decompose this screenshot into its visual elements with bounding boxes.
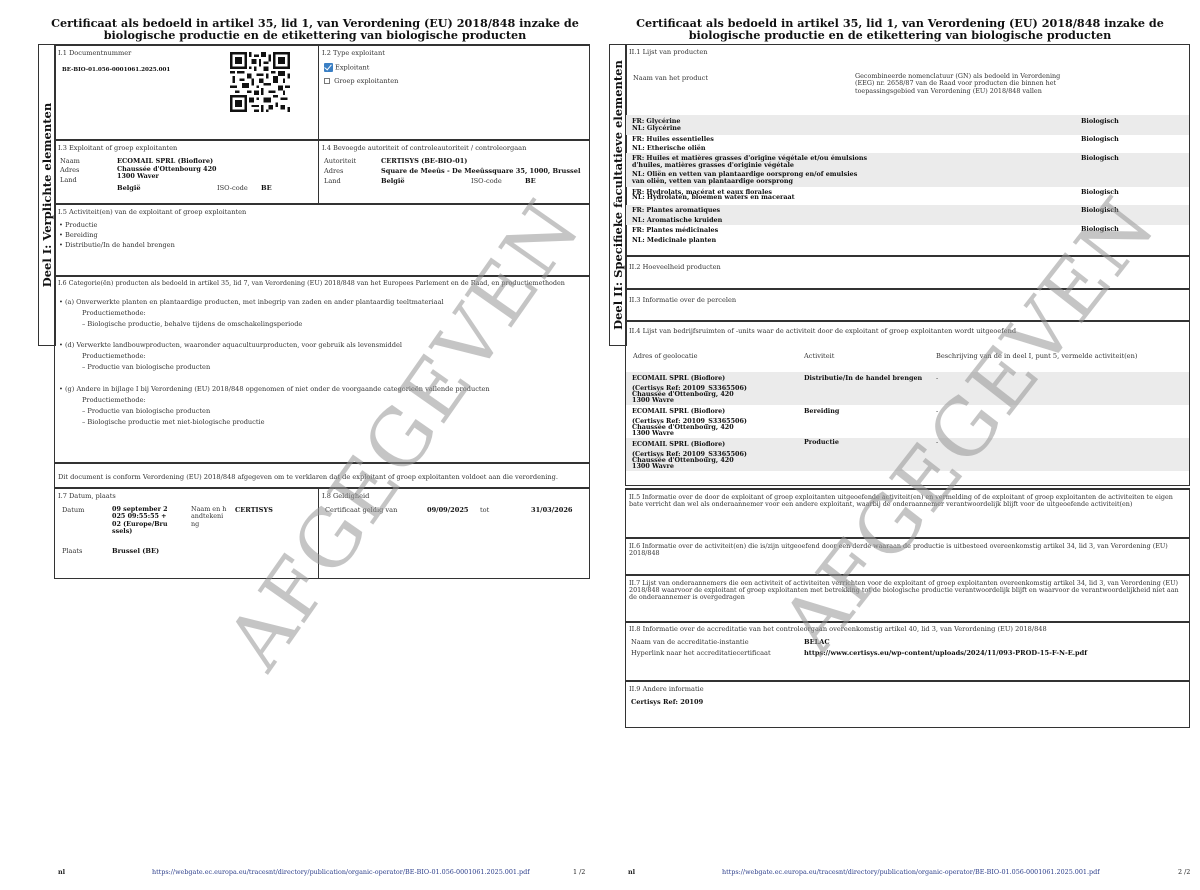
product-status: Biologisch — [1081, 136, 1119, 143]
field-label: I.5 Activiteit(en) van de exploitant of … — [58, 208, 246, 216]
label-naam: Naam — [60, 157, 80, 165]
field-document-number: I.1 Documentnummer BE-BIO-01.056-0001061… — [54, 44, 319, 140]
premises-description: - — [936, 375, 938, 382]
label-datum: Datum — [62, 506, 84, 514]
footer-language: nl — [628, 868, 635, 876]
certificate-page-2: Certificaat als bedoeld in artikel 35, l… — [600, 0, 1200, 890]
premises-row: ECOMAIL SPRL (Bioflore) (Certisys Ref: 2… — [626, 438, 1189, 471]
field-label: II.1 Lijst van producten — [629, 48, 708, 56]
field-label: II.6 Informatie over de activiteit(en) d… — [629, 543, 1184, 557]
activity-item: • Productie — [59, 221, 97, 229]
field-outsourced-activities: II.6 Informatie over de activiteit(en) d… — [625, 537, 1190, 575]
certificate-page-1: Certificaat als bedoeld in artikel 35, l… — [0, 0, 600, 890]
method-label: Productiemethode: — [82, 309, 146, 317]
category-item: • (a) Onverwerkte planten en plantaardig… — [59, 298, 444, 306]
field-operator: I.3 Exploitant of groep exploitanten Naa… — [54, 139, 319, 204]
label-accreditation-link: Hyperlink naar het accreditatiecertifica… — [631, 649, 771, 657]
premises-description: - — [936, 439, 938, 446]
accreditation-link[interactable]: https://www.certisys.eu/wp-content/uploa… — [804, 649, 1087, 657]
activity-item: • Bereiding — [59, 231, 98, 239]
field-product-list: II.1 Lijst van producten Naam van het pr… — [625, 44, 1190, 256]
operator-name: ECOMAIL SPRL (Bioflore) — [117, 157, 213, 165]
method-item: – Biologische productie, behalve tijdens… — [82, 320, 302, 328]
checkbox-exploitant[interactable]: Exploitant — [324, 63, 369, 72]
column-header-cn: Gecombineerde nomenclatuur (GN) als bedo… — [855, 73, 1065, 95]
product-nl: NL: Aromatische kruiden — [632, 217, 722, 224]
premises-activity: Bereiding — [804, 408, 839, 415]
field-competent-authority: I.4 Bevoegde autoriteit of controleautor… — [318, 139, 590, 204]
field-label: II.2 Hoeveelheid producten — [629, 263, 721, 271]
premises-activity: Distributie/In de handel brengen — [804, 375, 922, 382]
label-to: tot — [480, 506, 489, 514]
field-operator-type: I.2 Type exploitant Exploitant Groep exp… — [318, 44, 590, 140]
product-row: FR: Glycérine NL: Glycérine Biologisch — [626, 115, 1189, 135]
valid-to: 31/03/2026 — [531, 506, 573, 514]
label-plaats: Plaats — [62, 547, 82, 555]
document-title: Certificaat als bedoeld in artikel 35, l… — [40, 17, 590, 41]
premises-city: 1300 Wavre — [632, 430, 674, 436]
field-label: I.4 Bevoegde autoriteit of controleautor… — [322, 144, 526, 152]
field-label: II.3 Informatie over de percelen — [629, 296, 736, 304]
label-accreditation-body: Naam van de accreditatie-instantie — [631, 638, 749, 646]
product-fr: FR: Plantes médicinales — [632, 227, 718, 234]
label-land: Land — [60, 176, 77, 184]
product-status: Biologisch — [1081, 155, 1119, 162]
field-label: I.6 Categorie(ën) producten als bedoeld … — [58, 280, 578, 287]
category-item: • (g) Andere in bijlage I bij Verordenin… — [59, 385, 490, 393]
field-subcontractors: II.7 Lijst van onderaannemers die een ac… — [625, 574, 1190, 622]
premises-name: ECOMAIL SPRL (Bioflore) — [632, 375, 725, 382]
field-premises-list: II.4 Lijst van bedrijfsruimten of -units… — [625, 320, 1190, 486]
checkbox-label: Exploitant — [335, 64, 369, 72]
product-row: FR: Plantes aromatiques NL: Aromatische … — [626, 205, 1189, 225]
conformity-statement: Dit document is conform Verordening (EU)… — [54, 462, 590, 488]
operator-country: België — [117, 184, 141, 192]
checkbox-unchecked-icon — [324, 78, 330, 84]
premises-city: 1300 Wavre — [632, 463, 674, 469]
method-item: – Productie van biologische producten — [82, 363, 210, 371]
field-product-categories: I.6 Categorie(ën) producten als bedoeld … — [54, 275, 590, 463]
product-status: Biologisch — [1081, 207, 1119, 214]
premises-name: ECOMAIL SPRL (Bioflore) — [632, 408, 725, 415]
footer-url-link[interactable]: https://webgate.ec.europa.eu/tracesnt/di… — [722, 868, 1100, 876]
product-row: FR: Plantes médicinales NL: Medicinale p… — [626, 225, 1189, 245]
field-parcels: II.3 Informatie over de percelen — [625, 288, 1190, 321]
product-fr: FR: Huiles et matières grasses d'origine… — [632, 155, 872, 170]
label-adres: Adres — [60, 166, 79, 174]
operator-address-line2: 1300 Waver — [117, 173, 159, 180]
checkbox-groep-exploitanten[interactable]: Groep exploitanten — [324, 77, 398, 85]
field-validity: I.8 Geldigheid Certificaat geldig van 09… — [318, 487, 590, 579]
footer-url-link[interactable]: https://webgate.ec.europa.eu/tracesnt/di… — [152, 868, 530, 876]
product-row: FR: Huiles et matières grasses d'origine… — [626, 153, 1189, 187]
product-nl: NL: Etherische oliën — [632, 145, 706, 152]
label-adres: Adres — [324, 167, 343, 175]
product-nl: NL: Glycérine — [632, 125, 681, 132]
label-autoriteit: Autoriteit — [324, 157, 356, 165]
label-iso: ISO-code — [471, 177, 502, 185]
column-header-description: Beschrijving van de in deel I, punt 5, v… — [936, 352, 1137, 360]
field-label: I.2 Type exploitant — [322, 49, 385, 57]
authority-name: CERTISYS (BE-BIO-01) — [381, 157, 467, 165]
authority-address: Square de Meeûs - De Meeûssquare 35, 100… — [381, 167, 580, 175]
product-status: Biologisch — [1081, 189, 1119, 196]
field-label: II.7 Lijst van onderaannemers die een ac… — [629, 580, 1184, 600]
field-product-quantity: II.2 Hoeveelheid producten — [625, 255, 1190, 289]
product-nl: NL: Oliën en vetten van plantaardige oor… — [632, 171, 872, 184]
premises-city: 1300 Wavre — [632, 397, 674, 403]
authority-iso: BE — [525, 177, 536, 185]
method-label: Productiemethode: — [82, 352, 146, 360]
valid-from: 09/09/2025 — [427, 506, 469, 514]
column-header-product: Naam van het product — [633, 74, 708, 82]
label-valid-from: Certificaat geldig van — [325, 506, 397, 514]
premises-name: ECOMAIL SPRL (Bioflore) — [632, 441, 725, 448]
premises-description: - — [936, 408, 938, 415]
document-title: Certificaat als bedoeld in artikel 35, l… — [610, 17, 1190, 41]
label-land: Land — [324, 177, 341, 185]
product-row: FR: Hydrolats, macérat et eaux florales … — [626, 187, 1189, 205]
section-label-text: Deel I: Verplichte elementen — [40, 103, 54, 287]
authority-country: België — [381, 177, 405, 185]
page-number: 2 /2 — [1178, 868, 1190, 876]
method-item: – Biologische productie met niet-biologi… — [82, 418, 265, 426]
field-label: II.8 Informatie over de accreditatie van… — [629, 625, 1047, 633]
accreditation-body: BELAC — [804, 638, 830, 646]
method-label: Productiemethode: — [82, 396, 146, 404]
field-label: II.9 Andere informatie — [629, 685, 704, 693]
activity-item: • Distributie/In de handel brengen — [59, 241, 175, 249]
column-header-activity: Activiteit — [804, 352, 834, 360]
other-info-value: Certisys Ref: 20109 — [631, 698, 703, 706]
checkbox-checked-icon — [324, 63, 333, 72]
signature-name: CERTISYS — [235, 506, 273, 514]
premises-row: ECOMAIL SPRL (Bioflore) (Certisys Ref: 2… — [626, 372, 1189, 405]
label-signature: Naam en handtekening — [191, 506, 227, 528]
premises-row: ECOMAIL SPRL (Bioflore) (Certisys Ref: 2… — [626, 405, 1189, 438]
field-date-place: I.7 Datum, plaats Datum 09 september 202… — [54, 487, 319, 579]
qr-code-icon — [230, 52, 290, 112]
product-status: Biologisch — [1081, 118, 1119, 125]
checkbox-label: Groep exploitanten — [334, 77, 398, 85]
issue-place: Brussel (BE) — [112, 547, 159, 555]
method-item: – Productie van biologische producten — [82, 407, 210, 415]
premises-activity: Productie — [804, 439, 839, 446]
product-row: FR: Huiles essentielles NL: Etherische o… — [626, 135, 1189, 153]
category-item: • (d) Verwerkte landbouwproducten, waaro… — [59, 341, 402, 349]
product-status: Biologisch — [1081, 226, 1119, 233]
field-label: I.8 Geldigheid — [322, 492, 369, 500]
field-label: I.3 Exploitant of groep exploitanten — [58, 144, 177, 152]
section-label-text: Deel II: Specifieke facultatieve element… — [611, 60, 625, 330]
page-number: 1 /2 — [573, 868, 585, 876]
footer-language: nl — [58, 868, 65, 876]
product-nl: NL: Hydrolaten, bloemen waters en macera… — [632, 194, 795, 201]
field-accreditation: II.8 Informatie over de accreditatie van… — [625, 621, 1190, 681]
document-number: BE-BIO-01.056-0001061.2025.001 — [62, 67, 170, 74]
field-label: II.4 Lijst van bedrijfsruimten of -units… — [629, 327, 1016, 335]
field-label: I.1 Documentnummer — [58, 49, 131, 57]
field-activities-info: II.5 Informatie over de door de exploita… — [625, 488, 1190, 538]
label-iso: ISO-code — [217, 184, 248, 192]
field-other-info: II.9 Andere informatie Certisys Ref: 201… — [625, 680, 1190, 728]
product-fr: FR: Plantes aromatiques — [632, 207, 720, 214]
field-activities: I.5 Activiteit(en) van de exploitant of … — [54, 203, 590, 276]
field-label: I.7 Datum, plaats — [58, 492, 116, 500]
conformity-text: Dit document is conform Verordening (EU)… — [58, 473, 558, 481]
field-label: II.5 Informatie over de door de exploita… — [629, 494, 1184, 508]
column-header-address: Adres of geolocatie — [633, 352, 697, 360]
issue-date: 09 september 2025 09:55:55 +02 (Europe/B… — [112, 506, 168, 536]
product-fr: FR: Huiles essentielles — [632, 136, 714, 143]
operator-iso: BE — [261, 184, 272, 192]
product-nl: NL: Medicinale planten — [632, 237, 716, 244]
